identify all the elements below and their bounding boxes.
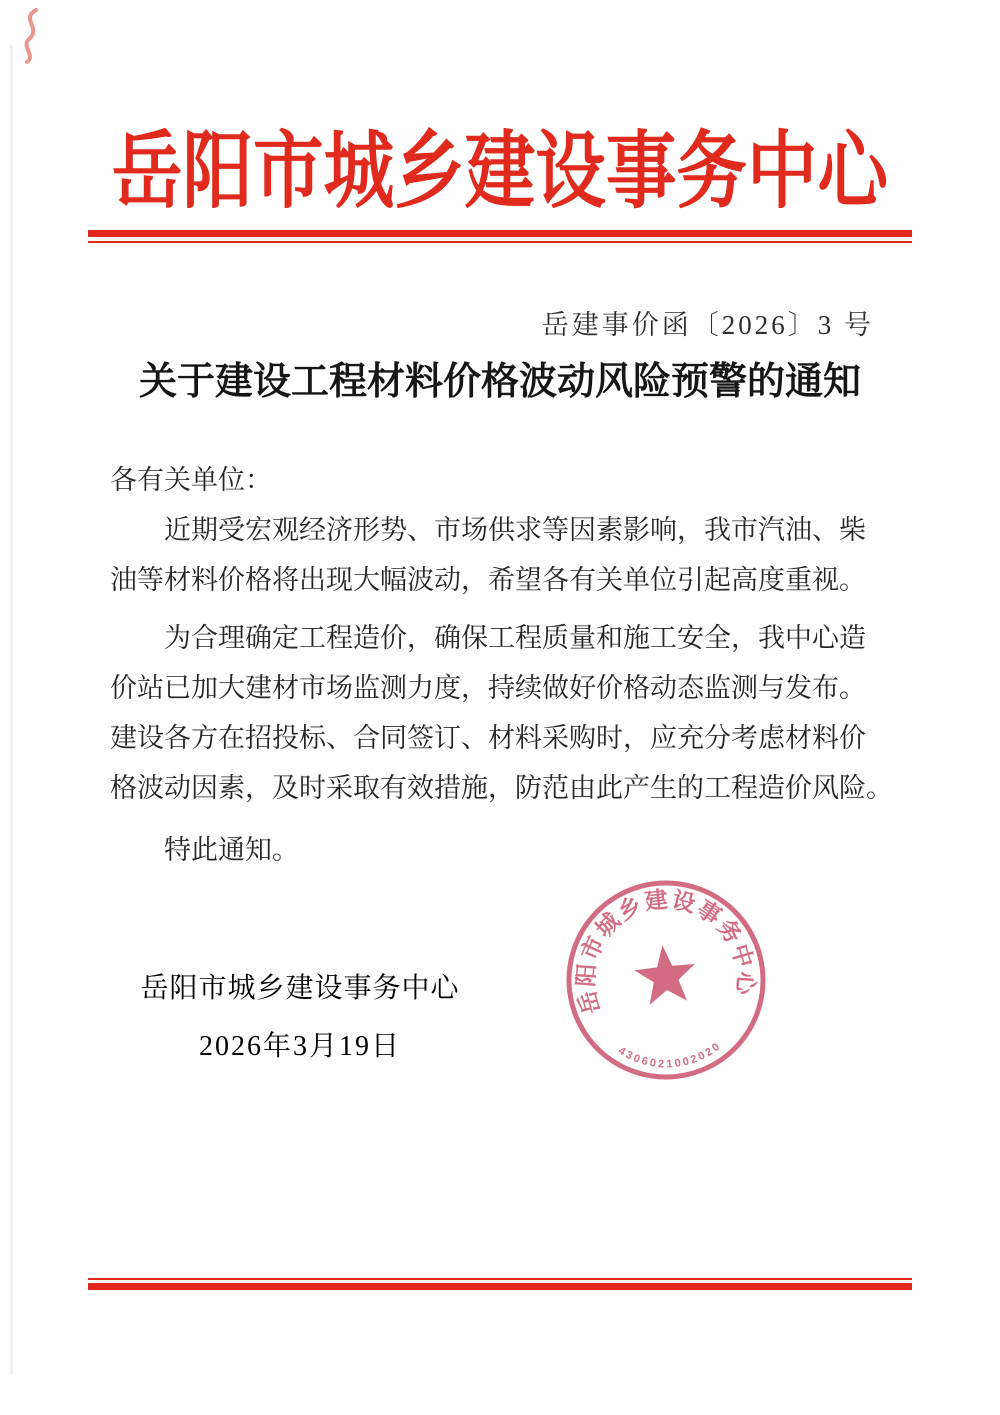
footer-divider-thin xyxy=(88,1278,912,1280)
signature-date: 2026年3月19日 xyxy=(0,1024,600,1064)
signature-organization: 岳阳市城乡建设事务中心 xyxy=(0,966,600,1006)
body-paragraph-1: 近期受宏观经济形势、市场供求等因素影响，我市汽油、柴 油等材料价格将出现大幅波动… xyxy=(110,505,900,605)
document-number: 岳建事价函〔2026〕3 号 xyxy=(542,303,874,342)
header-divider-thick xyxy=(88,230,912,237)
salutation: 各有关单位： xyxy=(110,455,900,505)
official-seal: 岳阳市城乡建设事务中心 4306021002020 xyxy=(552,866,781,1095)
footer-divider-thick xyxy=(88,1283,912,1290)
closing-line: 特此通知。 xyxy=(110,825,900,875)
header-divider-thin xyxy=(88,241,912,243)
seal-star xyxy=(632,942,699,1006)
body-paragraph-2: 为合理确定工程造价，确保工程质量和施工安全，我中心造 价站已加大建材市场监测力度… xyxy=(110,613,900,813)
document-page: 岳阳市城乡建设事务中心 岳建事价函〔2026〕3 号 关于建设工程材料价格波动风… xyxy=(0,0,1000,1415)
notice-body: 各有关单位： 近期受宏观经济形势、市场供求等因素影响，我市汽油、柴 油等材料价格… xyxy=(110,455,900,875)
scan-edge-shadow xyxy=(10,45,13,1375)
agency-masthead-text: 岳阳市城乡建设事务中心 xyxy=(112,104,888,225)
notice-title: 关于建设工程材料价格波动风险预警的通知 xyxy=(0,350,1000,405)
corner-ink-mark xyxy=(14,6,48,66)
agency-masthead: 岳阳市城乡建设事务中心 xyxy=(0,104,1000,225)
